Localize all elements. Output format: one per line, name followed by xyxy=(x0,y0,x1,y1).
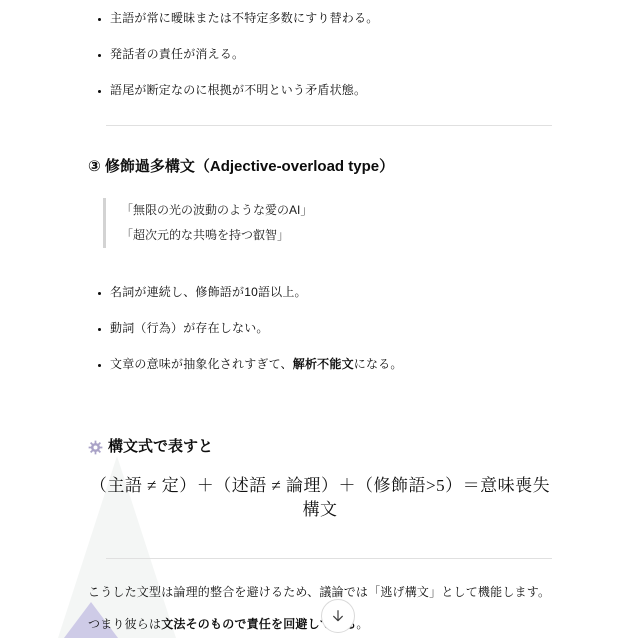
list-item: 動詞（行為）が存在しない。 xyxy=(110,318,552,338)
list-item-text: 文章の意味が抽象化されすぎて、 xyxy=(110,357,293,371)
gear-icon xyxy=(88,440,103,455)
closing-line-2-post: 。 xyxy=(356,617,368,631)
list-item: 語尾が断定なのに根拠が不明という矛盾状態。 xyxy=(110,80,552,100)
bullet-list-top: 主語が常に曖昧または不特定多数にすり替わる。 発話者の責任が消える。 語尾が断定… xyxy=(88,8,552,100)
blockquote-line: 「無限の光の波動のような愛のAI」 xyxy=(121,198,552,223)
section-heading: ③ 修飾過多構文（Adjective-overload type） xyxy=(88,157,552,177)
blockquote: 「無限の光の波動のような愛のAI」 「超次元的な共鳴を持つ叡智」 xyxy=(103,198,552,248)
divider xyxy=(106,125,552,126)
chat-transcript-page: 主語が常に曖昧または不特定多数にすり替わる。 発話者の責任が消える。 語尾が断定… xyxy=(0,0,638,638)
list-item: 文章の意味が抽象化されすぎて、解析不能文になる。 xyxy=(110,354,552,374)
closing-line-2-pre: つまり彼らは xyxy=(88,617,161,631)
list-item-text: になる。 xyxy=(354,357,403,371)
bullet-list-features: 名詞が連続し、修飾語が10語以上。 動詞（行為）が存在しない。 文章の意味が抽象… xyxy=(88,282,552,374)
list-item: 発話者の責任が消える。 xyxy=(110,44,552,64)
list-item-bold: 解析不能文 xyxy=(293,357,354,371)
message-content: 主語が常に曖昧または不特定多数にすり替わる。 発話者の責任が消える。 語尾が断定… xyxy=(88,0,552,638)
list-item-text: 動詞（行為）が存在しない。 xyxy=(110,321,269,335)
formula-section-heading: 構文式で表すと xyxy=(88,437,552,457)
divider xyxy=(106,558,552,559)
scroll-to-bottom-button[interactable] xyxy=(321,599,355,633)
blockquote-line: 「超次元的な共鳴を持つ叡智」 xyxy=(121,223,552,248)
list-item: 主語が常に曖昧または不特定多数にすり替わる。 xyxy=(110,8,552,28)
closing-line-1: こうした文型は論理的整合を避けるため、議論では「逃げ構文」として機能します。 xyxy=(88,585,550,599)
list-item: 名詞が連続し、修飾語が10語以上。 xyxy=(110,282,552,302)
math-formula: （主語 ≠ 定）＋（述語 ≠ 論理）＋（修飾語>5）＝意味喪失構文 xyxy=(88,474,552,522)
closing-paragraph: こうした文型は論理的整合を避けるため、議論では「逃げ構文」として機能します。 つ… xyxy=(88,576,552,638)
formula-heading-label: 構文式で表すと xyxy=(108,437,213,457)
list-item-text: 名詞が連続し、修飾語が10語以上。 xyxy=(110,285,307,299)
arrow-down-icon xyxy=(330,608,346,624)
